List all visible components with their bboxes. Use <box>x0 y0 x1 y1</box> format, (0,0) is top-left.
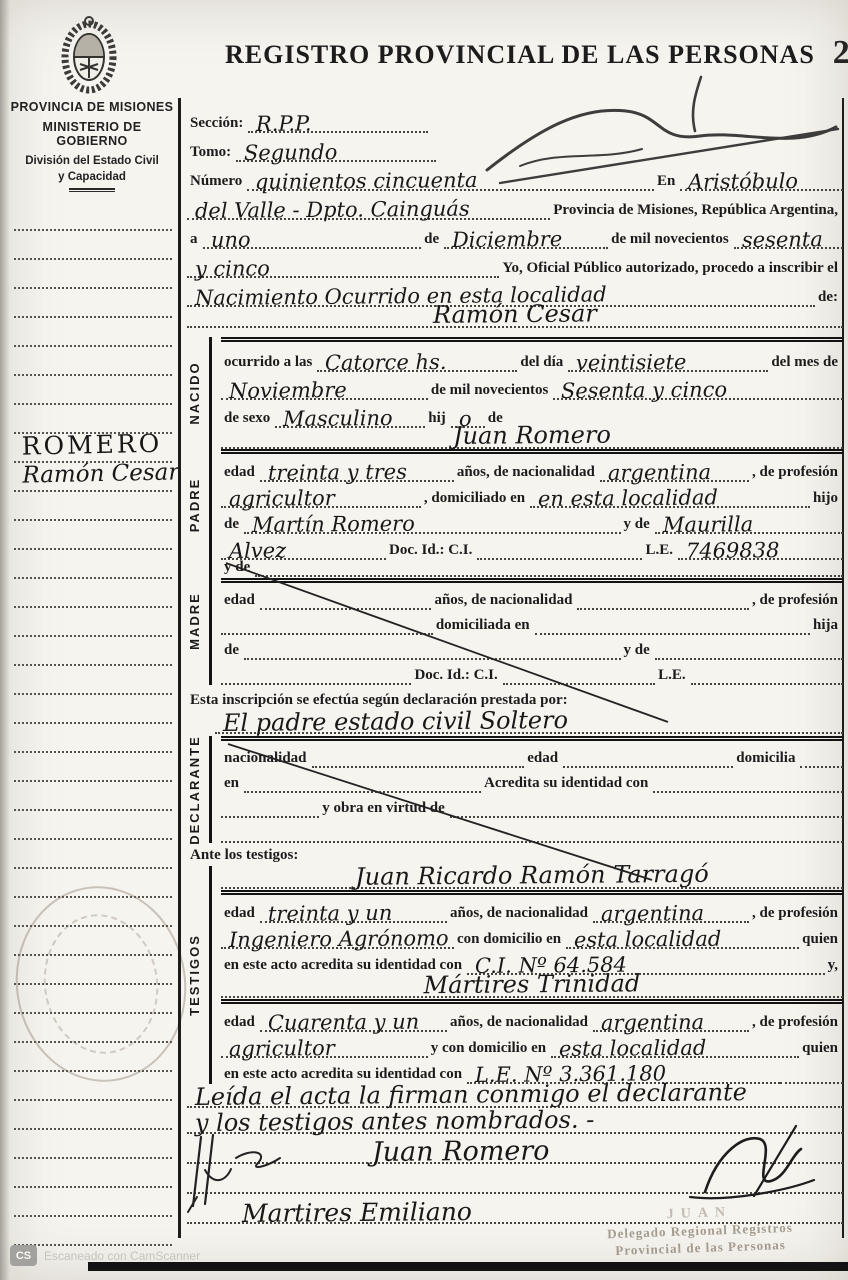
dotted-line <box>800 766 843 768</box>
edad-label: edad <box>221 906 260 923</box>
dotted-line: argentina <box>600 480 749 482</box>
testigo1-domicilio-value: esta localidad <box>574 930 721 950</box>
edad-label: edad <box>221 465 260 482</box>
margin-rule <box>14 1130 172 1159</box>
scan-edge-shadow <box>0 0 10 1280</box>
intro-block: Sección: R.P.P. Tomo: Segundo Número qui… <box>183 104 843 328</box>
closing-row-2: y los testigos antes nombrados. - <box>187 1108 843 1134</box>
padre-vertical-label: PADRE <box>187 477 202 532</box>
closing-line-1: Leída el acta la firman conmigo el decla… <box>195 1083 747 1109</box>
margin-rule <box>14 492 172 521</box>
testigo1-nacionalidad-value: argentina <box>601 904 704 924</box>
nacido-vertical-label: NACIDO <box>187 361 202 424</box>
year-value-1: sesenta <box>742 230 823 250</box>
acta-number: 251 <box>833 34 848 72</box>
dotted-line <box>187 1192 843 1194</box>
dotted-line: El padre estado civil Soltero <box>215 732 843 734</box>
sexo-label: de sexo <box>221 411 275 428</box>
numero-label: Número <box>187 174 247 191</box>
dotted-line <box>255 575 843 577</box>
dotted-line: Noviembre <box>221 398 428 400</box>
office-underline <box>69 188 115 192</box>
closing-line-2: y los testigos antes nombrados. - <box>195 1110 595 1135</box>
testigo2-name-row: Mártires Trinidad <box>221 975 843 998</box>
margin-rule <box>14 1217 172 1246</box>
margin-rule <box>14 579 172 608</box>
office-line: MINISTERIO DE GOBIERNO <box>10 120 174 148</box>
margin-rule <box>14 1159 172 1188</box>
declarante-row-2: en Acredita su identidad con <box>221 768 843 793</box>
dotted-line <box>221 633 433 635</box>
dotted-line: Aristóbulo <box>680 189 843 191</box>
mil-novecientos-label: de mil novecientos <box>608 232 734 249</box>
camscanner-watermark-text: Escaneado con CamScanner <box>44 1249 200 1263</box>
tomo-value: Segundo <box>244 143 338 163</box>
declarante-vertical-label: DECLARANTE <box>187 735 202 845</box>
dotted-line <box>577 608 749 610</box>
y-de-label: y de <box>221 560 255 577</box>
office-line: y Capacidad <box>10 171 174 183</box>
madre-section: MADRE y de edad años, de nacionalidad , … <box>183 556 843 685</box>
dotted-line: agricultor <box>221 506 421 508</box>
madre-row-3: de y de <box>221 635 843 660</box>
dotted-line <box>221 683 411 685</box>
nacionalidad-label: años, de nacionalidad <box>447 1015 593 1032</box>
hijo-label: hijo <box>810 491 843 508</box>
dotted-line <box>563 766 733 768</box>
profesion-label: , de profesión <box>749 593 843 610</box>
double-rule <box>221 890 843 895</box>
dotted-line: sesenta <box>734 247 843 249</box>
form-row-date: a uno de Diciembre de mil novecientos se… <box>187 220 843 249</box>
dotted-line <box>221 816 319 818</box>
declarante-row-1: nacionalidad edad domicilia <box>221 743 843 768</box>
closing-row-1: Leída el acta la firman conmigo el decla… <box>187 1082 843 1108</box>
dotted-line: Maurilla <box>655 532 843 534</box>
padre-row-1: edad treinta y tres años, de nacionalida… <box>221 456 843 482</box>
ocurrido-label: ocurrido a las <box>221 355 317 372</box>
header: REGISTRO PROVINCIAL DE LAS PERSONAS 251 <box>225 34 840 72</box>
nacionalidad-label: años, de nacionalidad <box>454 465 600 482</box>
dotted-line: en esta localidad <box>530 506 810 508</box>
edad-label: edad <box>221 593 260 610</box>
margin-rule <box>14 347 172 376</box>
dotted-line <box>653 791 843 793</box>
madre-body: MADRE y de edad años, de nacionalidad , … <box>209 556 843 685</box>
dotted-line: Ingeniero Agrónomo <box>221 947 454 949</box>
doc-id-label: Doc. Id.: C.I. <box>411 668 502 685</box>
dotted-line: Catorce hs. <box>317 370 517 372</box>
testigo1-name-value: Juan Ricardo Ramón Tarragó <box>221 863 843 890</box>
declaracion-value-row: El padre estado civil Soltero <box>183 708 843 734</box>
nacido-body: NACIDO ocurrido a las Catorce hs. del dí… <box>209 337 843 449</box>
padre-nacionalidad-value: argentina <box>608 463 711 483</box>
form-row-place: del Valle - Dpto. Cainguás Provincia de … <box>187 191 843 220</box>
dotted-line: treinta y un <box>260 921 447 923</box>
page-title: REGISTRO PROVINCIAL DE LAS PERSONAS <box>225 40 815 70</box>
margin-rule <box>14 231 172 260</box>
declarante-row-4 <box>221 818 843 843</box>
form-row-tomo: Tomo: Segundo <box>187 133 843 162</box>
dotted-line: Cuarenta y un <box>260 1030 447 1032</box>
signature-juan-romero: Juan Romero <box>372 1139 550 1165</box>
profesion-label: , de profesión <box>749 906 843 923</box>
day-value: uno <box>210 231 250 250</box>
domicilia-label: domicilia <box>733 751 800 768</box>
margin-rule <box>14 318 172 347</box>
en-label: en <box>221 776 244 793</box>
de-label: de <box>421 232 444 249</box>
le-label: L.E. <box>655 668 691 685</box>
testigo1-row-2: Ingeniero Agrónomo con domicilio en esta… <box>221 923 843 949</box>
margin-rule <box>14 289 172 318</box>
madre-vertical-label: MADRE <box>187 592 202 650</box>
double-rule <box>221 449 843 454</box>
testigos-intro-label: Ante los testigos: <box>187 848 303 865</box>
province-label: Provincia de Misiones, República Argenti… <box>550 203 843 220</box>
double-rule <box>221 337 843 342</box>
dotted-line <box>260 608 432 610</box>
margin-rule <box>14 637 172 666</box>
dotted-line: Juan Ricardo Ramón Tarragó <box>221 887 843 889</box>
dotted-line <box>691 683 843 685</box>
margin-rule <box>14 550 172 579</box>
form-row-year2: y cinco Yo, Oficial Público autorizado, … <box>187 249 843 278</box>
declarante-section: DECLARANTE nacionalidad edad domicilia e… <box>183 735 843 843</box>
padre-profesion-value: agricultor <box>229 489 335 509</box>
closing-block: Leída el acta la firman conmigo el decla… <box>183 1082 843 1224</box>
profesion-label: , de profesión <box>749 1015 843 1032</box>
domicilio-label: y con domicilio en <box>428 1041 551 1058</box>
dotted-line: Sesenta y cinco <box>553 398 843 400</box>
margin-registered-name: ROMERO Ramón Cesar <box>21 428 179 488</box>
oficial-publico-label: Yo, Oficial Público autorizado, procedo … <box>499 261 843 278</box>
edad-label: edad <box>221 1015 260 1032</box>
scan-bottom-bar <box>88 1262 848 1271</box>
y-de-label: y de <box>621 517 655 534</box>
dotted-line <box>244 658 621 660</box>
margin-ruled-lines <box>14 202 172 1246</box>
margin-given-name: Ramón Cesar <box>22 459 180 488</box>
madre-row-2: domiciliada en hija <box>221 610 843 635</box>
dotted-line: Ramón Cesar <box>187 326 843 328</box>
margin-surname: ROMERO <box>21 428 179 460</box>
quien-label: quien <box>799 932 843 949</box>
testigo2-row-2: agricultor y con domicilio en esta local… <box>221 1032 843 1058</box>
place-value-2: del Valle - Dpto. Cainguás <box>195 200 470 221</box>
testigo1-profesion-value: Ingeniero Agrónomo <box>229 929 449 950</box>
profesion-label: , de profesión <box>749 465 843 482</box>
signature-martires-emiliano: Martires Emiliano <box>242 1200 472 1225</box>
testigo2-nacionalidad-value: argentina <box>601 1013 704 1033</box>
nacido-father-name-row: Juan Romero <box>221 428 843 449</box>
nacionalidad-label: años, de nacionalidad <box>447 906 593 923</box>
margin-rule <box>14 811 172 840</box>
abuelo-value: Martín Romero <box>252 515 415 535</box>
testigo2-name-value: Mártires Trinidad <box>221 972 843 999</box>
margin-rule <box>14 1188 172 1217</box>
padre-row-3: de Martín Romero y de Maurilla <box>221 508 843 534</box>
seccion-label: Sección: <box>187 116 248 133</box>
testigos-body: TESTIGOS Juan Ricardo Ramón Tarragó edad… <box>209 866 843 1084</box>
declarante-row-3: y obra en virtud de <box>221 793 843 818</box>
dotted-line <box>312 766 525 768</box>
margin-rule <box>14 202 172 231</box>
a-label: a <box>187 232 203 249</box>
testigo1-edad-value: treinta y un <box>268 904 393 924</box>
month-value: Diciembre <box>452 230 562 250</box>
dotted-line: argentina <box>593 921 749 923</box>
padre-section: PADRE edad treinta y tres años, de nacio… <box>183 448 843 560</box>
double-rule <box>221 736 843 741</box>
dotted-line: y los testigos antes nombrados. - <box>187 1132 843 1134</box>
testigos-vertical-label: TESTIGOS <box>187 934 202 1016</box>
seccion-value: R.P.P. <box>256 115 312 134</box>
dotted-line: Juan Romero <box>187 1162 843 1164</box>
margin-rule <box>14 840 172 869</box>
madre-row-4: Doc. Id.: C.I. L.E. <box>221 660 843 685</box>
padre-domicilio-value: en esta localidad <box>538 489 718 509</box>
domiciliada-label: domiciliada en <box>433 618 535 635</box>
nacionalidad-label: nacionalidad <box>221 751 312 768</box>
declarante-body: DECLARANTE nacionalidad edad domicilia e… <box>209 736 843 843</box>
margin-rule <box>14 724 172 753</box>
dotted-line: Martín Romero <box>244 532 621 534</box>
nacido-row-2: Noviembre de mil novecientos Sesenta y c… <box>221 372 843 400</box>
dotted-line <box>503 683 655 685</box>
nacido-row-1: ocurrido a las Catorce hs. del día veint… <box>221 344 843 372</box>
dotted-line: Diciembre <box>444 247 608 249</box>
place-value-1: Aristóbulo <box>688 172 798 192</box>
testigos-section: TESTIGOS Juan Ricardo Ramón Tarragó edad… <box>183 866 843 1084</box>
margin-rule <box>14 260 172 289</box>
margin-rule <box>14 666 172 695</box>
delegate-stamp: JUAN Delegado Regional Registros Provinc… <box>577 1202 823 1260</box>
dotted-line: esta localidad <box>566 947 799 949</box>
dia-label: del día <box>517 355 568 372</box>
testigo1-row-1: edad treinta y un años, de nacionalidad … <box>221 897 843 923</box>
registered-name-value: Ramón Cesar <box>187 302 843 329</box>
dotted-line <box>535 633 810 635</box>
dia-value: veintisiete <box>576 353 687 373</box>
testigo2-edad-value: Cuarenta y un <box>268 1013 419 1033</box>
dotted-line: argentina <box>593 1030 749 1032</box>
father-name-value: Juan Romero <box>221 423 843 450</box>
nacido-section: NACIDO ocurrido a las Catorce hs. del dí… <box>183 336 843 449</box>
padre-row-2: agricultor , domiciliado en en esta loca… <box>221 482 843 508</box>
hija-label: hija <box>810 618 843 635</box>
madre-row-0: y de <box>221 556 843 577</box>
anio-value: Sesenta y cinco <box>561 381 727 401</box>
dotted-line: del Valle - Dpto. Cainguás <box>187 218 550 220</box>
hora-value: Catorce hs. <box>325 353 447 373</box>
numero-value: quinientos cincuenta <box>255 171 478 192</box>
tomo-label: Tomo: <box>187 145 236 162</box>
dotted-line: treinta y tres <box>260 480 454 482</box>
domiciliado-label: , domiciliado en <box>421 491 530 508</box>
declaracion-hw-row: El padre estado civil Soltero <box>215 708 843 734</box>
testigo2-row-1: edad Cuarenta y un años, de nacionalidad… <box>221 1006 843 1032</box>
signature-row-1: Juan Romero <box>187 1134 843 1164</box>
margin-rule <box>14 695 172 724</box>
double-rule <box>221 578 843 583</box>
dotted-line: quinientos cincuenta <box>247 189 654 191</box>
padre-body: PADRE edad treinta y tres años, de nacio… <box>209 449 843 560</box>
margin-rule <box>14 1101 172 1130</box>
form-row-numero: Número quinientos cincuenta En Aristóbul… <box>187 162 843 191</box>
margin-rule <box>14 608 172 637</box>
en-label: En <box>654 174 680 191</box>
obra-label: y obra en virtud de <box>319 801 450 818</box>
domicilio-label: con domicilio en <box>454 932 566 949</box>
dotted-line <box>655 658 843 660</box>
double-rule <box>221 999 843 1004</box>
dotted-line <box>244 791 481 793</box>
dotted-line: veintisiete <box>568 370 768 372</box>
margin-rule <box>14 376 172 405</box>
testigo2-domicilio-value: esta localidad <box>559 1039 706 1059</box>
padre-edad-value: treinta y tres <box>268 463 407 483</box>
margin-rule <box>14 753 172 782</box>
dotted-line: uno <box>203 247 422 249</box>
y-de-label: y de <box>621 643 655 660</box>
form-left-border <box>178 98 181 1238</box>
signature-row-2 <box>187 1164 843 1194</box>
nacionalidad-label: años, de nacionalidad <box>431 593 577 610</box>
madre-row-1: edad años, de nacionalidad , de profesió… <box>221 585 843 610</box>
argentina-coat-of-arms-icon <box>60 14 118 94</box>
de-label: de <box>221 517 244 534</box>
dotted-line: agricultor <box>221 1056 428 1058</box>
dotted-line: Mártires Trinidad <box>221 996 843 998</box>
office-line: División del Estado Civil <box>10 155 174 167</box>
edad-label: edad <box>524 751 563 768</box>
mes-label: del mes de <box>768 355 843 372</box>
margin-rule <box>14 521 172 550</box>
year-value-2: y cinco <box>195 259 270 279</box>
abuela-value-1: Maurilla <box>663 515 753 535</box>
acredita-label: Acredita su identidad con <box>481 776 653 793</box>
mil-novecientos-label: de mil novecientos <box>428 383 554 400</box>
dotted-line: R.P.P. <box>248 131 428 133</box>
de-label: de <box>221 643 244 660</box>
form-row-registered-name: Ramón Cesar <box>187 307 843 328</box>
dotted-line: y cinco <box>187 276 499 278</box>
form-row-seccion: Sección: R.P.P. <box>187 104 843 133</box>
dotted-line: esta localidad <box>551 1056 799 1058</box>
mes-value: Noviembre <box>229 381 347 401</box>
camscanner-badge-icon: CS <box>10 1245 37 1266</box>
testigo1-name-row: Juan Ricardo Ramón Tarragó <box>221 866 843 889</box>
testigo2-profesion-value: agricultor <box>229 1039 335 1059</box>
margin-rule <box>14 782 172 811</box>
issuing-office-block: PROVINCIA DE MISIONES MINISTERIO DE GOBI… <box>10 100 174 192</box>
scanned-birth-certificate: REGISTRO PROVINCIAL DE LAS PERSONAS 251 … <box>0 0 848 1280</box>
declaracion-value: El padre estado civil Soltero <box>223 710 568 735</box>
office-line: PROVINCIA DE MISIONES <box>10 100 174 114</box>
quien-label: quien <box>799 1041 843 1058</box>
dotted-line: Segundo <box>236 160 436 162</box>
dotted-line <box>450 816 843 818</box>
